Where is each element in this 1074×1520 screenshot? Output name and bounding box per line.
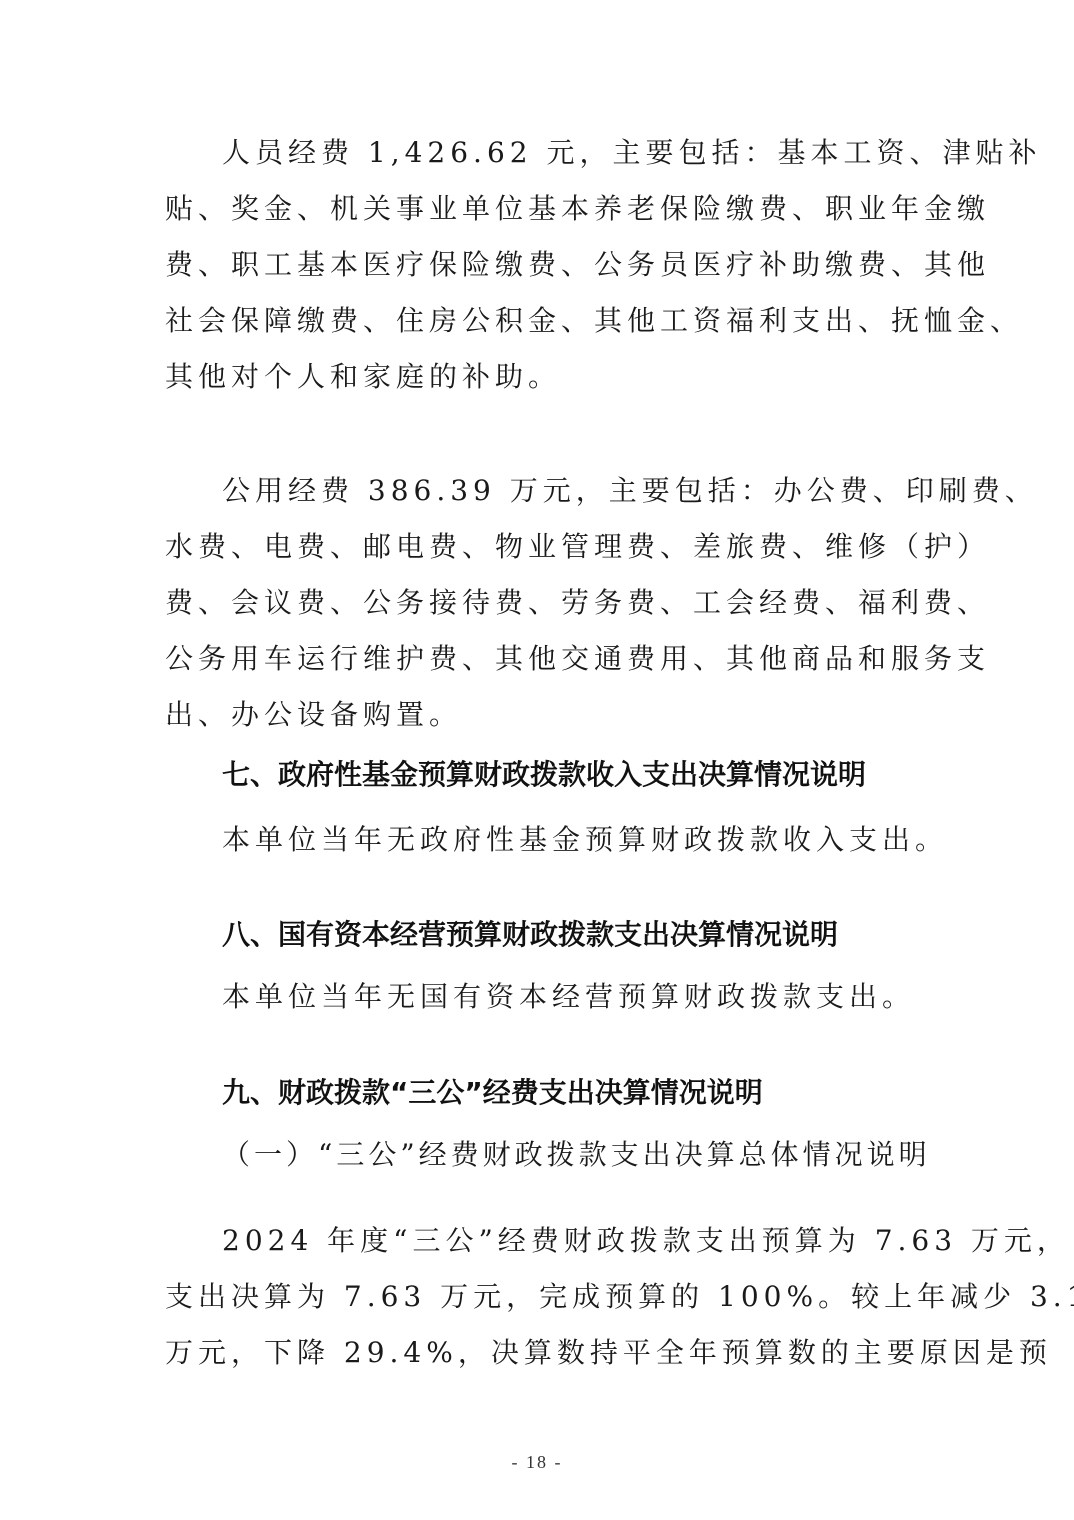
document-page: 人员经费 1,426.62 元，主要包括：基本工资、津贴补 贴、奖金、机关事业单… — [0, 0, 1074, 1520]
paragraph-line: 其他对个人和家庭的补助。 — [165, 359, 925, 395]
section-heading: 九、财政拨款“三公”经费支出决算情况说明 — [222, 1075, 982, 1111]
paragraph-line: 水费、电费、邮电费、物业管理费、差旅费、维修（护） — [165, 529, 925, 565]
paragraph-line: 公务用车运行维护费、其他交通费用、其他商品和服务支 — [165, 641, 925, 677]
paragraph-line: 万元，下降 29.4%，决算数持平全年预算数的主要原因是预 — [165, 1335, 925, 1371]
paragraph-line: 支出决算为 7.63 万元，完成预算的 100%。较上年减少 3.18 — [165, 1279, 925, 1315]
page-number: - 18 - — [0, 1452, 1074, 1473]
paragraph-line: 公用经费 386.39 万元，主要包括：办公费、印刷费、 — [222, 473, 982, 509]
paragraph-line: 出、办公设备购置。 — [165, 697, 925, 733]
section-heading: 七、政府性基金预算财政拨款收入支出决算情况说明 — [222, 757, 982, 793]
section-body: 本单位当年无国有资本经营预算财政拨款支出。 — [222, 979, 982, 1015]
section-heading: 八、国有资本经营预算财政拨款支出决算情况说明 — [222, 917, 982, 953]
paragraph-line: 2024 年度“三公”经费财政拨款支出预算为 7.63 万元， — [222, 1223, 982, 1259]
section-body: 本单位当年无政府性基金预算财政拨款收入支出。 — [222, 822, 982, 858]
paragraph-line: 社会保障缴费、住房公积金、其他工资福利支出、抚恤金、 — [165, 303, 925, 339]
paragraph-line: 费、职工基本医疗保险缴费、公务员医疗补助缴费、其他 — [165, 247, 925, 283]
paragraph-line: 贴、奖金、机关事业单位基本养老保险缴费、职业年金缴 — [165, 191, 925, 227]
paragraph-line: 费、会议费、公务接待费、劳务费、工会经费、福利费、 — [165, 585, 925, 621]
section-subheading: （一）“三公”经费财政拨款支出决算总体情况说明 — [222, 1137, 982, 1173]
paragraph-line: 人员经费 1,426.62 元，主要包括：基本工资、津贴补 — [222, 135, 982, 171]
